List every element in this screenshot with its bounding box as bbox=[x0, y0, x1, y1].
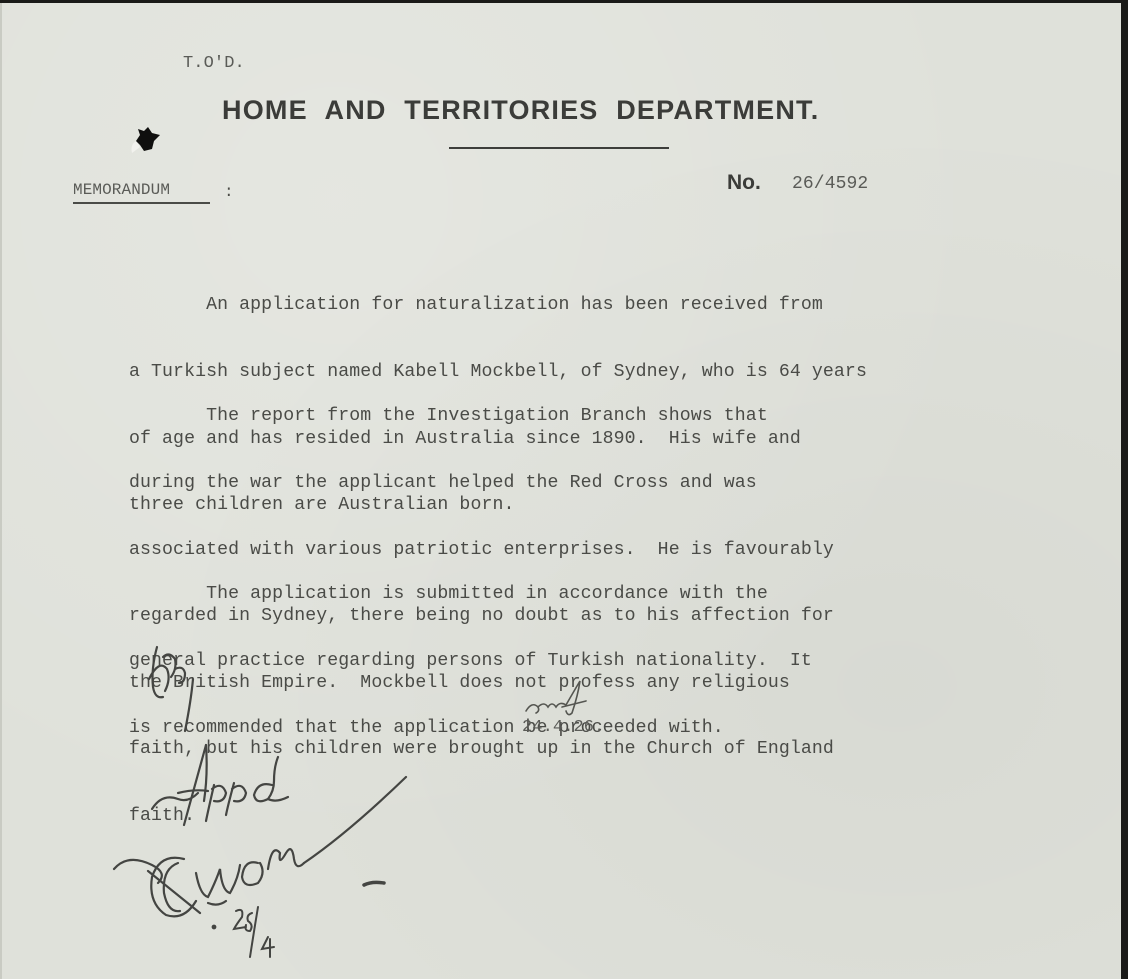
handwritten-initials-signature bbox=[145, 639, 209, 739]
memorandum-colon: : bbox=[224, 181, 234, 203]
handwritten-date bbox=[210, 901, 290, 961]
memo-page: T.O'D. HOME AND TERRITORIES DEPARTMENT. … bbox=[0, 3, 1121, 979]
punch-hole-mark bbox=[128, 123, 162, 161]
title-divider bbox=[449, 147, 669, 149]
paragraph-line: The report from the Investigation Branch… bbox=[129, 405, 834, 427]
paragraph-line: general practice regarding persons of Tu… bbox=[129, 650, 812, 672]
number-label: No. bbox=[727, 171, 761, 195]
department-title: HOME AND TERRITORIES DEPARTMENT. bbox=[222, 95, 819, 126]
reference-initials: T.O'D. bbox=[183, 53, 245, 75]
memorandum-underline bbox=[73, 202, 210, 204]
file-number: 26/4592 bbox=[792, 173, 868, 195]
typed-date: 24.4.26. bbox=[522, 717, 604, 739]
paragraph-line: during the war the applicant helped the … bbox=[129, 472, 834, 494]
paragraph-line: is recommended that the application be p… bbox=[129, 717, 812, 739]
paragraph-line: The application is submitted in accordan… bbox=[129, 583, 812, 605]
paragraph-line: An application for naturalization has be… bbox=[129, 294, 867, 316]
memorandum-label: MEMORANDUM bbox=[73, 179, 170, 201]
handwritten-initials-above-date bbox=[522, 677, 594, 719]
